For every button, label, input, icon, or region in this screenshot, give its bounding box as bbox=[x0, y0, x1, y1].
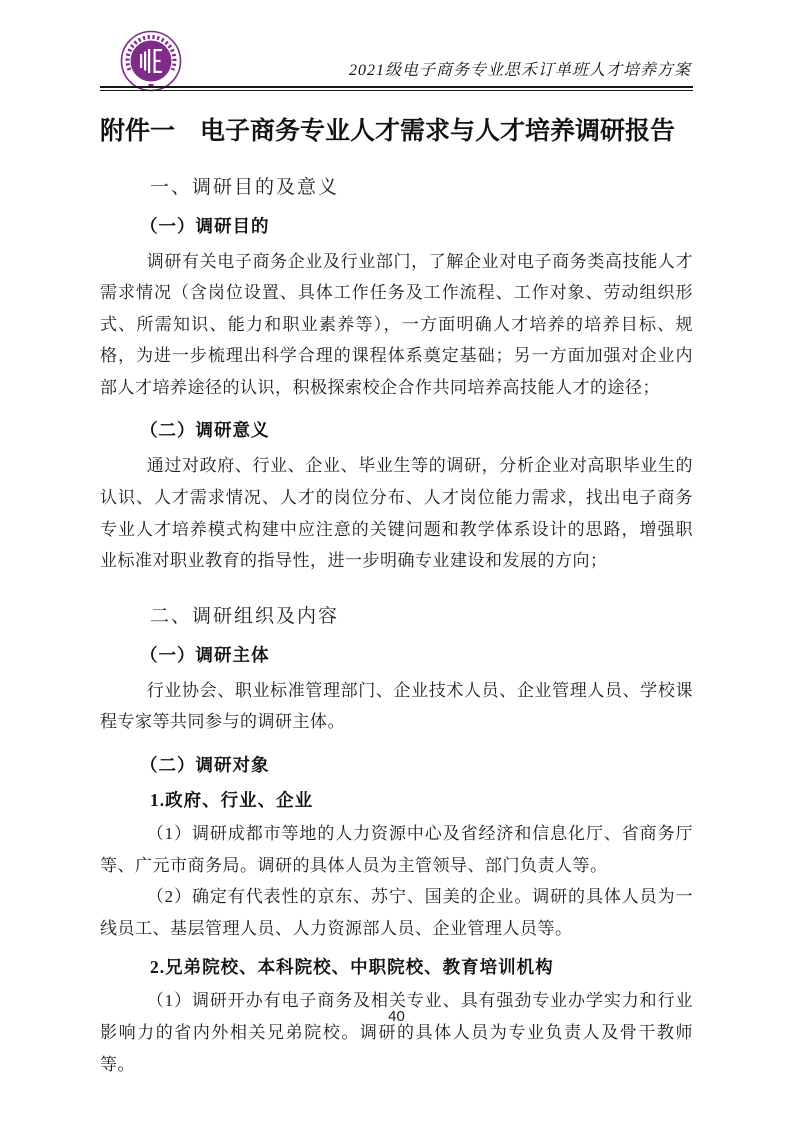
paragraph: 通过对政府、行业、企业、毕业生等的调研，分析企业对高职毕业生的认识、人才需求情况… bbox=[100, 450, 693, 576]
subsection-heading-research-object: （二）调研对象 bbox=[100, 752, 693, 777]
header-divider bbox=[100, 86, 693, 91]
section-heading-2: 二、调研组织及内容 bbox=[100, 601, 693, 628]
paragraph: （1）调研开办有电子商务及相关专业、具有强劲专业办学实力和行业影响力的省内外相关… bbox=[100, 985, 693, 1080]
paragraph: （2）确定有代表性的京东、苏宁、国美的企业。调研的具体人员为一线员工、基层管理人… bbox=[100, 881, 693, 944]
section-heading-1: 一、调研目的及意义 bbox=[100, 172, 693, 199]
page-number: 40 bbox=[388, 1008, 405, 1025]
header-doc-title: 2021级电子商务专业思禾订单班人才培养方案 bbox=[349, 57, 691, 80]
subsection-heading-research-purpose: （一）调研目的 bbox=[100, 213, 693, 238]
subsection-heading-research-significance: （二）调研意义 bbox=[100, 417, 693, 442]
document-page: 2021级电子商务专业思禾订单班人才培养方案 附件一 电子商务专业人才需求与人才… bbox=[0, 0, 793, 1122]
paragraph: 调研有关电子商务企业及行业部门，了解企业对电子商务类高技能人才需求情况（含岗位设… bbox=[100, 246, 693, 404]
item-heading-government-industry-enterprise: 1.政府、行业、企业 bbox=[100, 787, 693, 812]
subsection-heading-research-subject: （一）调研主体 bbox=[100, 642, 693, 667]
item-heading-peer-colleges: 2.兄弟院校、本科院校、中职院校、教育培训机构 bbox=[100, 954, 693, 979]
attachment-title: 附件一 电子商务专业人才需求与人才培养调研报告 bbox=[100, 115, 693, 148]
document-body: 附件一 电子商务专业人才需求与人才培养调研报告 一、调研目的及意义 （一）调研目… bbox=[100, 115, 693, 1080]
paragraph: 行业协会、职业标准管理部门、企业技术人员、企业管理人员、学校课程专家等共同参与的… bbox=[100, 675, 693, 738]
page-header: 2021级电子商务专业思禾订单班人才培养方案 bbox=[100, 30, 693, 86]
school-seal-icon bbox=[120, 30, 182, 92]
paragraph: （1）调研成都市等地的人力资源中心及省经济和信息化厅、省商务厅等、广元市商务局。… bbox=[100, 818, 693, 881]
page-footer: 40 bbox=[0, 1008, 793, 1025]
